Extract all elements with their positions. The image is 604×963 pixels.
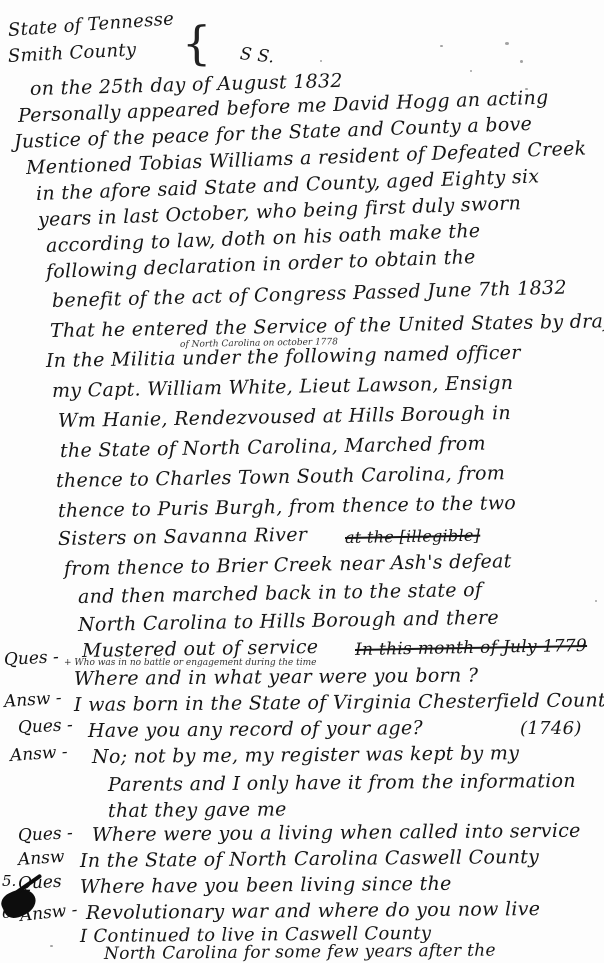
margin-question-label: Ques - [3, 647, 59, 670]
body-line: from thence to Brier Creek near Ash's de… [64, 550, 512, 580]
question-text: Have you any record of your age? [88, 717, 423, 742]
struck-text: at the [illegible] [345, 526, 481, 547]
body-line: North Carolina to Hills Borough and ther… [78, 607, 499, 636]
body-line: thence to Puris Burgh, from thence to th… [58, 492, 516, 522]
answer-text: North Carolina for some few years after … [104, 941, 496, 963]
body-line: the State of North Carolina, Marched fro… [60, 433, 486, 462]
question-text: Revolutionary war and where do you now l… [86, 898, 540, 924]
speckle [470, 70, 472, 72]
body-line: and then marched back in to the state of [78, 579, 483, 608]
margin-number: 5. [2, 872, 16, 890]
answer-text: No; not by me, my register was kept by m… [92, 742, 519, 768]
speckle [520, 60, 523, 63]
speckle [50, 945, 53, 947]
body-line: benefit of the act of Congress Passed Ju… [52, 277, 567, 312]
body-line: my Capt. William White, Lieut Lawson, En… [52, 372, 514, 402]
margin-question-label: Ques - [17, 823, 73, 846]
manuscript-page: State of Tennesse Smith County { S S. on… [0, 0, 604, 963]
question-text: Where and in what year were you born ? [74, 664, 478, 690]
answer-text: I was born in the State of Virginia Ches… [74, 689, 604, 716]
struck-text: In this month of July 1779 [355, 636, 587, 660]
body-line: thence to Charles Town South Carolina, f… [56, 462, 505, 492]
heading-county: Smith County [7, 39, 136, 67]
birth-year-note: (1746) [520, 718, 582, 739]
speckle [595, 600, 597, 602]
margin-answer-label: Answ - [9, 742, 68, 766]
answer-text: that they gave me [108, 798, 287, 822]
ss-mark: S S. [239, 44, 276, 68]
answer-text: Parents and I only have it from the info… [108, 770, 576, 796]
body-line: Sisters on Savanna River [58, 524, 308, 550]
heading-state: State of Tennesse [7, 8, 175, 41]
speckle [320, 60, 322, 62]
question-text: Where have you been living since the [80, 873, 452, 898]
margin-answer-label: Answ - [3, 688, 62, 712]
speckle [440, 45, 443, 47]
answer-text: In the State of North Carolina Caswell C… [80, 846, 539, 872]
body-line: Wm Hanie, Rendezvoused at Hills Borough … [58, 402, 511, 432]
question-text: Where were you a living when called into… [92, 820, 581, 846]
margin-answer-label: Answ [17, 847, 65, 870]
body-line: In the Militia under the following named… [46, 342, 521, 372]
speckle [505, 42, 509, 45]
brace-bracket: { [182, 20, 211, 66]
margin-question-label: Ques - [17, 715, 73, 738]
